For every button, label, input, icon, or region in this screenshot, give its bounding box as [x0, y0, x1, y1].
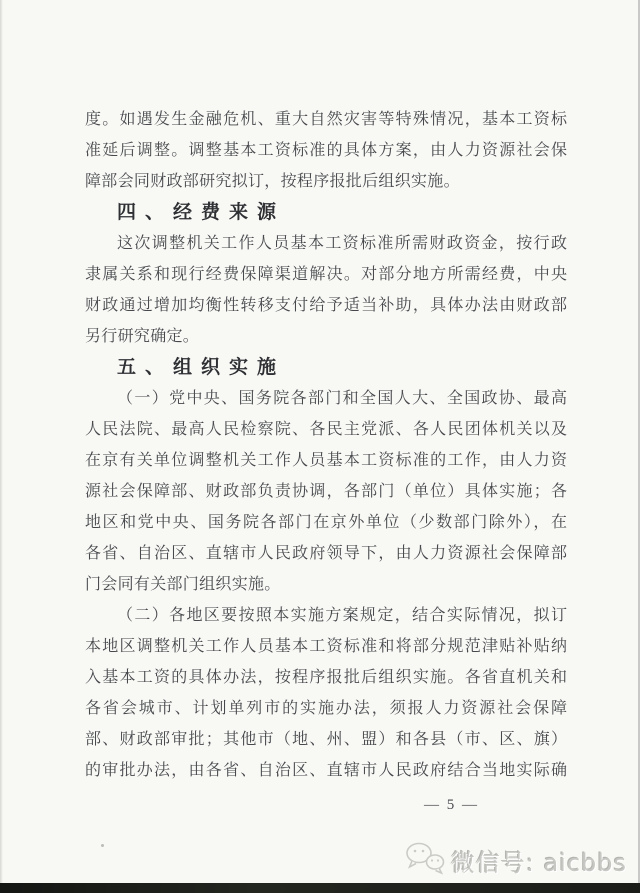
- body-line: （二）各地区要按照本实施方案规定，结合实际情况，拟订: [85, 600, 567, 631]
- body-line: 这次调整机关工作人员基本工资标准所需财政资金，按行政: [85, 228, 567, 259]
- body-line: 地区和党中央、国务院各部门在京外单位（少数部门除外），在: [85, 507, 567, 538]
- watermark-text: 微信号: aicbbs: [451, 843, 627, 878]
- body-line: 门会同有关部门组织实施。: [85, 569, 567, 600]
- watermark: 微信号: aicbbs: [404, 840, 627, 881]
- section-heading: 五、组织实施: [85, 352, 567, 383]
- body-line: 人民法院、最高人民检察院、各民主党派、各人民团体机关以及: [85, 414, 567, 445]
- body-line: 的审批办法，由各省、自治区、直辖市人民政府结合当地实际确: [85, 755, 567, 786]
- footer-bar: [0, 883, 640, 893]
- scan-speck: [101, 844, 104, 847]
- section-heading: 四、经费来源: [85, 197, 567, 228]
- body-line: 本地区调整机关工作人员基本工资标准和将部分规范津贴补贴纳: [85, 631, 567, 662]
- body-line: 隶属关系和现行经费保障渠道解决。对部分地方所需经费，中央: [85, 259, 567, 290]
- body-line: 源社会保障部、财政部负责协调，各部门（单位）具体实施；各: [85, 476, 567, 507]
- body-line: 在京有关单位调整机关工作人员基本工资标准的工作，由人力资: [85, 445, 567, 476]
- scanned-document-page: 度。如遇发生金融危机、重大自然灾害等特殊情况，基本工资标 准延后调整。调整基本工…: [0, 0, 640, 893]
- body-line: 另行研究确定。: [85, 321, 567, 352]
- body-line: 各省会城市、计划单列市的实施办法，须报人力资源社会保障: [85, 693, 567, 724]
- body-line: 部、财政部审批；其他市（地、州、盟）和各县（市、区、旗）: [85, 724, 567, 755]
- wechat-icon: [404, 840, 446, 881]
- document-body: 度。如遇发生金融危机、重大自然灾害等特殊情况，基本工资标 准延后调整。调整基本工…: [85, 104, 567, 815]
- scan-edge-left: [0, 0, 3, 893]
- page-number: — 5 —: [85, 795, 567, 815]
- body-line: 障部会同财政部研究拟订，按程序报批后组织实施。: [85, 166, 567, 197]
- body-line: 度。如遇发生金融危机、重大自然灾害等特殊情况，基本工资标: [85, 104, 567, 135]
- body-line: （一）党中央、国务院各部门和全国人大、全国政协、最高: [85, 383, 567, 414]
- body-line: 各省、自治区、直辖市人民政府领导下，由人力资源社会保障部: [85, 538, 567, 569]
- body-line: 财政通过增加均衡性转移支付给予适当补助，具体办法由财政部: [85, 290, 567, 321]
- body-line: 准延后调整。调整基本工资标准的具体方案，由人力资源社会保: [85, 135, 567, 166]
- body-line: 入基本工资的具体办法，按程序报批后组织实施。各省直机关和: [85, 662, 567, 693]
